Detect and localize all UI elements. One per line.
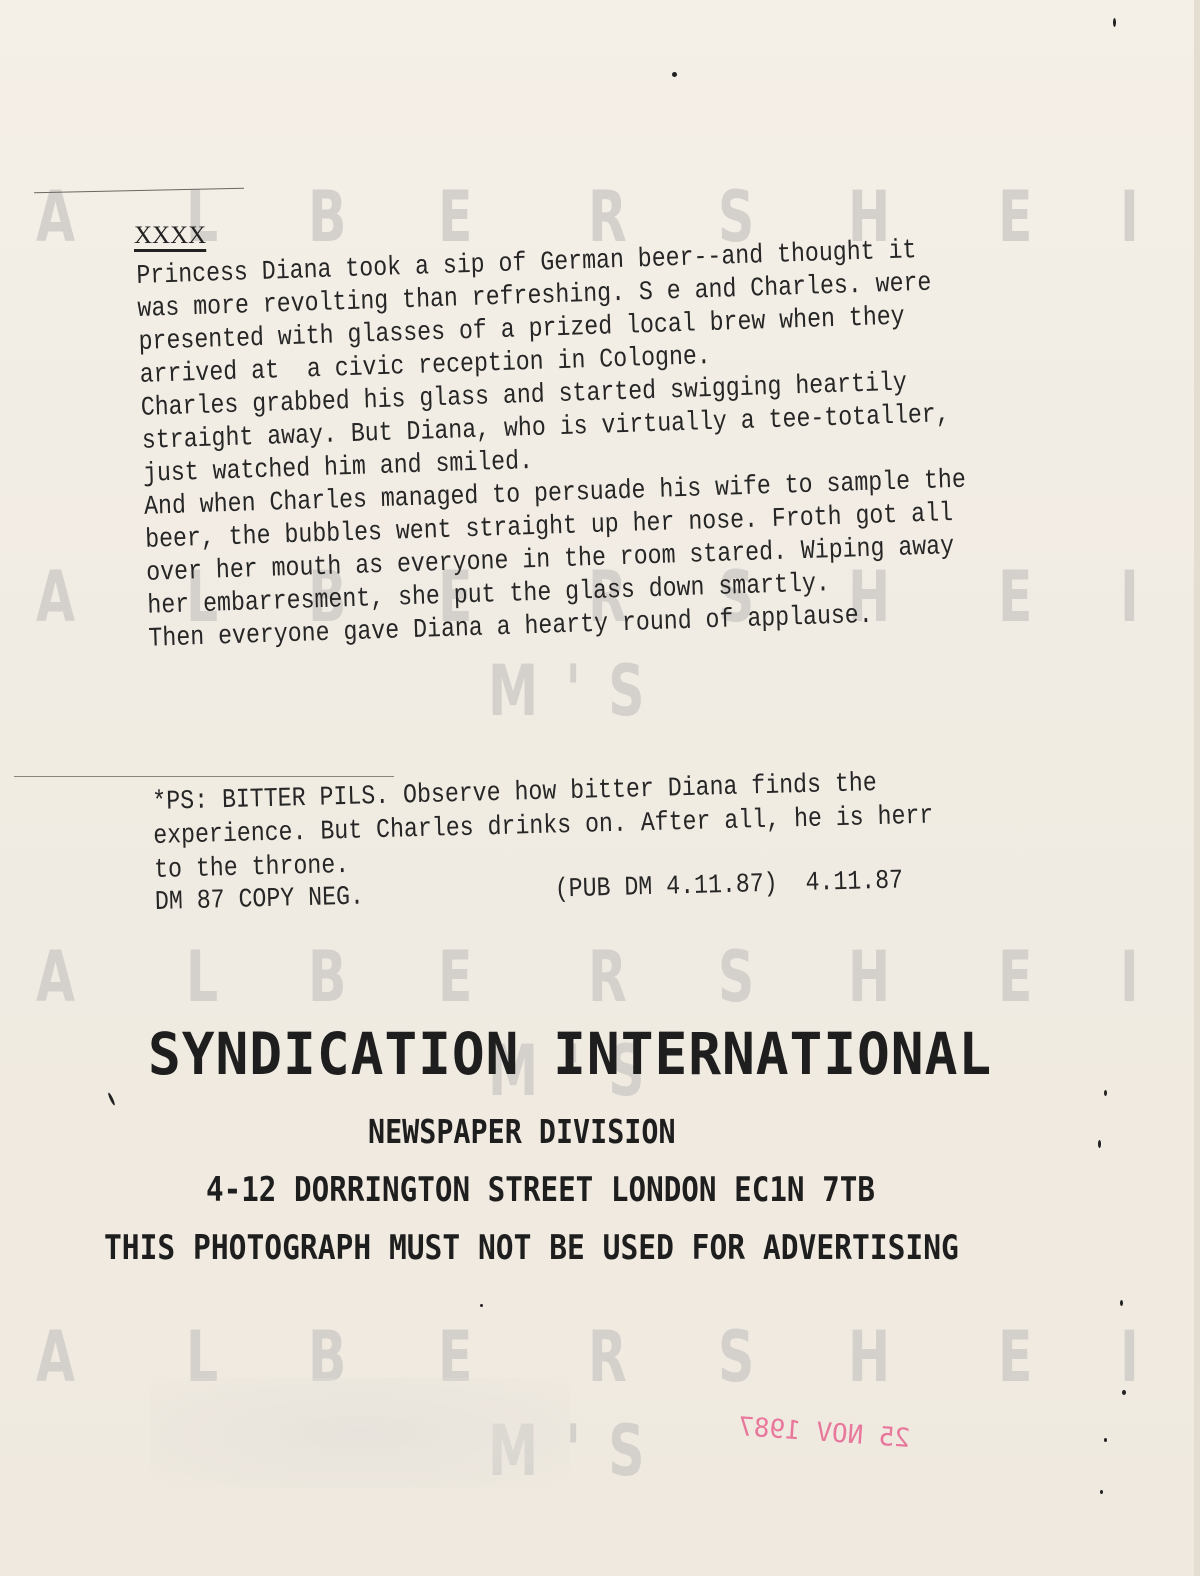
watermark-letter: L xyxy=(186,942,218,1012)
watermark-letter: E xyxy=(438,182,472,252)
reference-right: (PUB DM 4.11.87) 4.11.87 xyxy=(554,866,903,905)
watermark-letter: S xyxy=(718,1322,754,1392)
watermark-letter: H xyxy=(848,942,890,1012)
ink-speck xyxy=(1100,1490,1103,1494)
ink-speck xyxy=(672,72,677,77)
watermark-letter: A xyxy=(36,562,75,632)
story-body: Princess Diana took a sip of German beer… xyxy=(136,229,1149,682)
middle-rule xyxy=(14,776,394,777)
ink-speck xyxy=(1122,1390,1126,1395)
watermark-letter: H xyxy=(848,1322,890,1392)
watermark-letter: I xyxy=(1120,1322,1139,1392)
agency-name: SYNDICATION INTERNATIONAL xyxy=(148,1020,992,1088)
watermark-row: ALBERSHEI xyxy=(0,942,1194,1012)
ps-note: *PS: BITTER PILS. Observe how bitter Dia… xyxy=(152,763,1116,948)
ink-speck xyxy=(1104,1090,1107,1096)
watermark-letter: R xyxy=(588,942,627,1012)
watermark-letter: A xyxy=(36,1322,75,1392)
watermark-letter: S xyxy=(718,942,754,1012)
agency-address: 4-12 DORRINGTON STREET LONDON EC1N 7TB xyxy=(206,1170,875,1210)
paper-edge xyxy=(1194,0,1200,1576)
watermark-letter: B xyxy=(308,942,346,1012)
advertising-notice: THIS PHOTOGRAPH MUST NOT BE USED FOR ADV… xyxy=(104,1228,959,1268)
watermark-letter: E xyxy=(998,1322,1032,1392)
story-slug: XXXX xyxy=(134,222,206,250)
ink-speck xyxy=(1113,18,1116,27)
watermark-letter: A xyxy=(36,942,75,1012)
watermark-letter: E xyxy=(438,942,472,1012)
ink-speck xyxy=(1120,1300,1123,1306)
ink-speck xyxy=(480,1304,483,1307)
ink-speck xyxy=(1104,1438,1107,1442)
watermark-letter: E xyxy=(998,942,1032,1012)
agency-division: NEWSPAPER DIVISION xyxy=(368,1112,676,1151)
watermark-letter: B xyxy=(308,182,346,252)
paper-smudge xyxy=(150,1378,570,1488)
ink-speck xyxy=(1098,1140,1101,1148)
watermark-letter: R xyxy=(588,182,627,252)
watermark-letter: R xyxy=(588,1322,627,1392)
reference-left: DM 87 COPY NEG. xyxy=(155,882,365,917)
watermark-letter: I xyxy=(1120,942,1139,1012)
ps-line: to the throne. xyxy=(154,851,350,886)
